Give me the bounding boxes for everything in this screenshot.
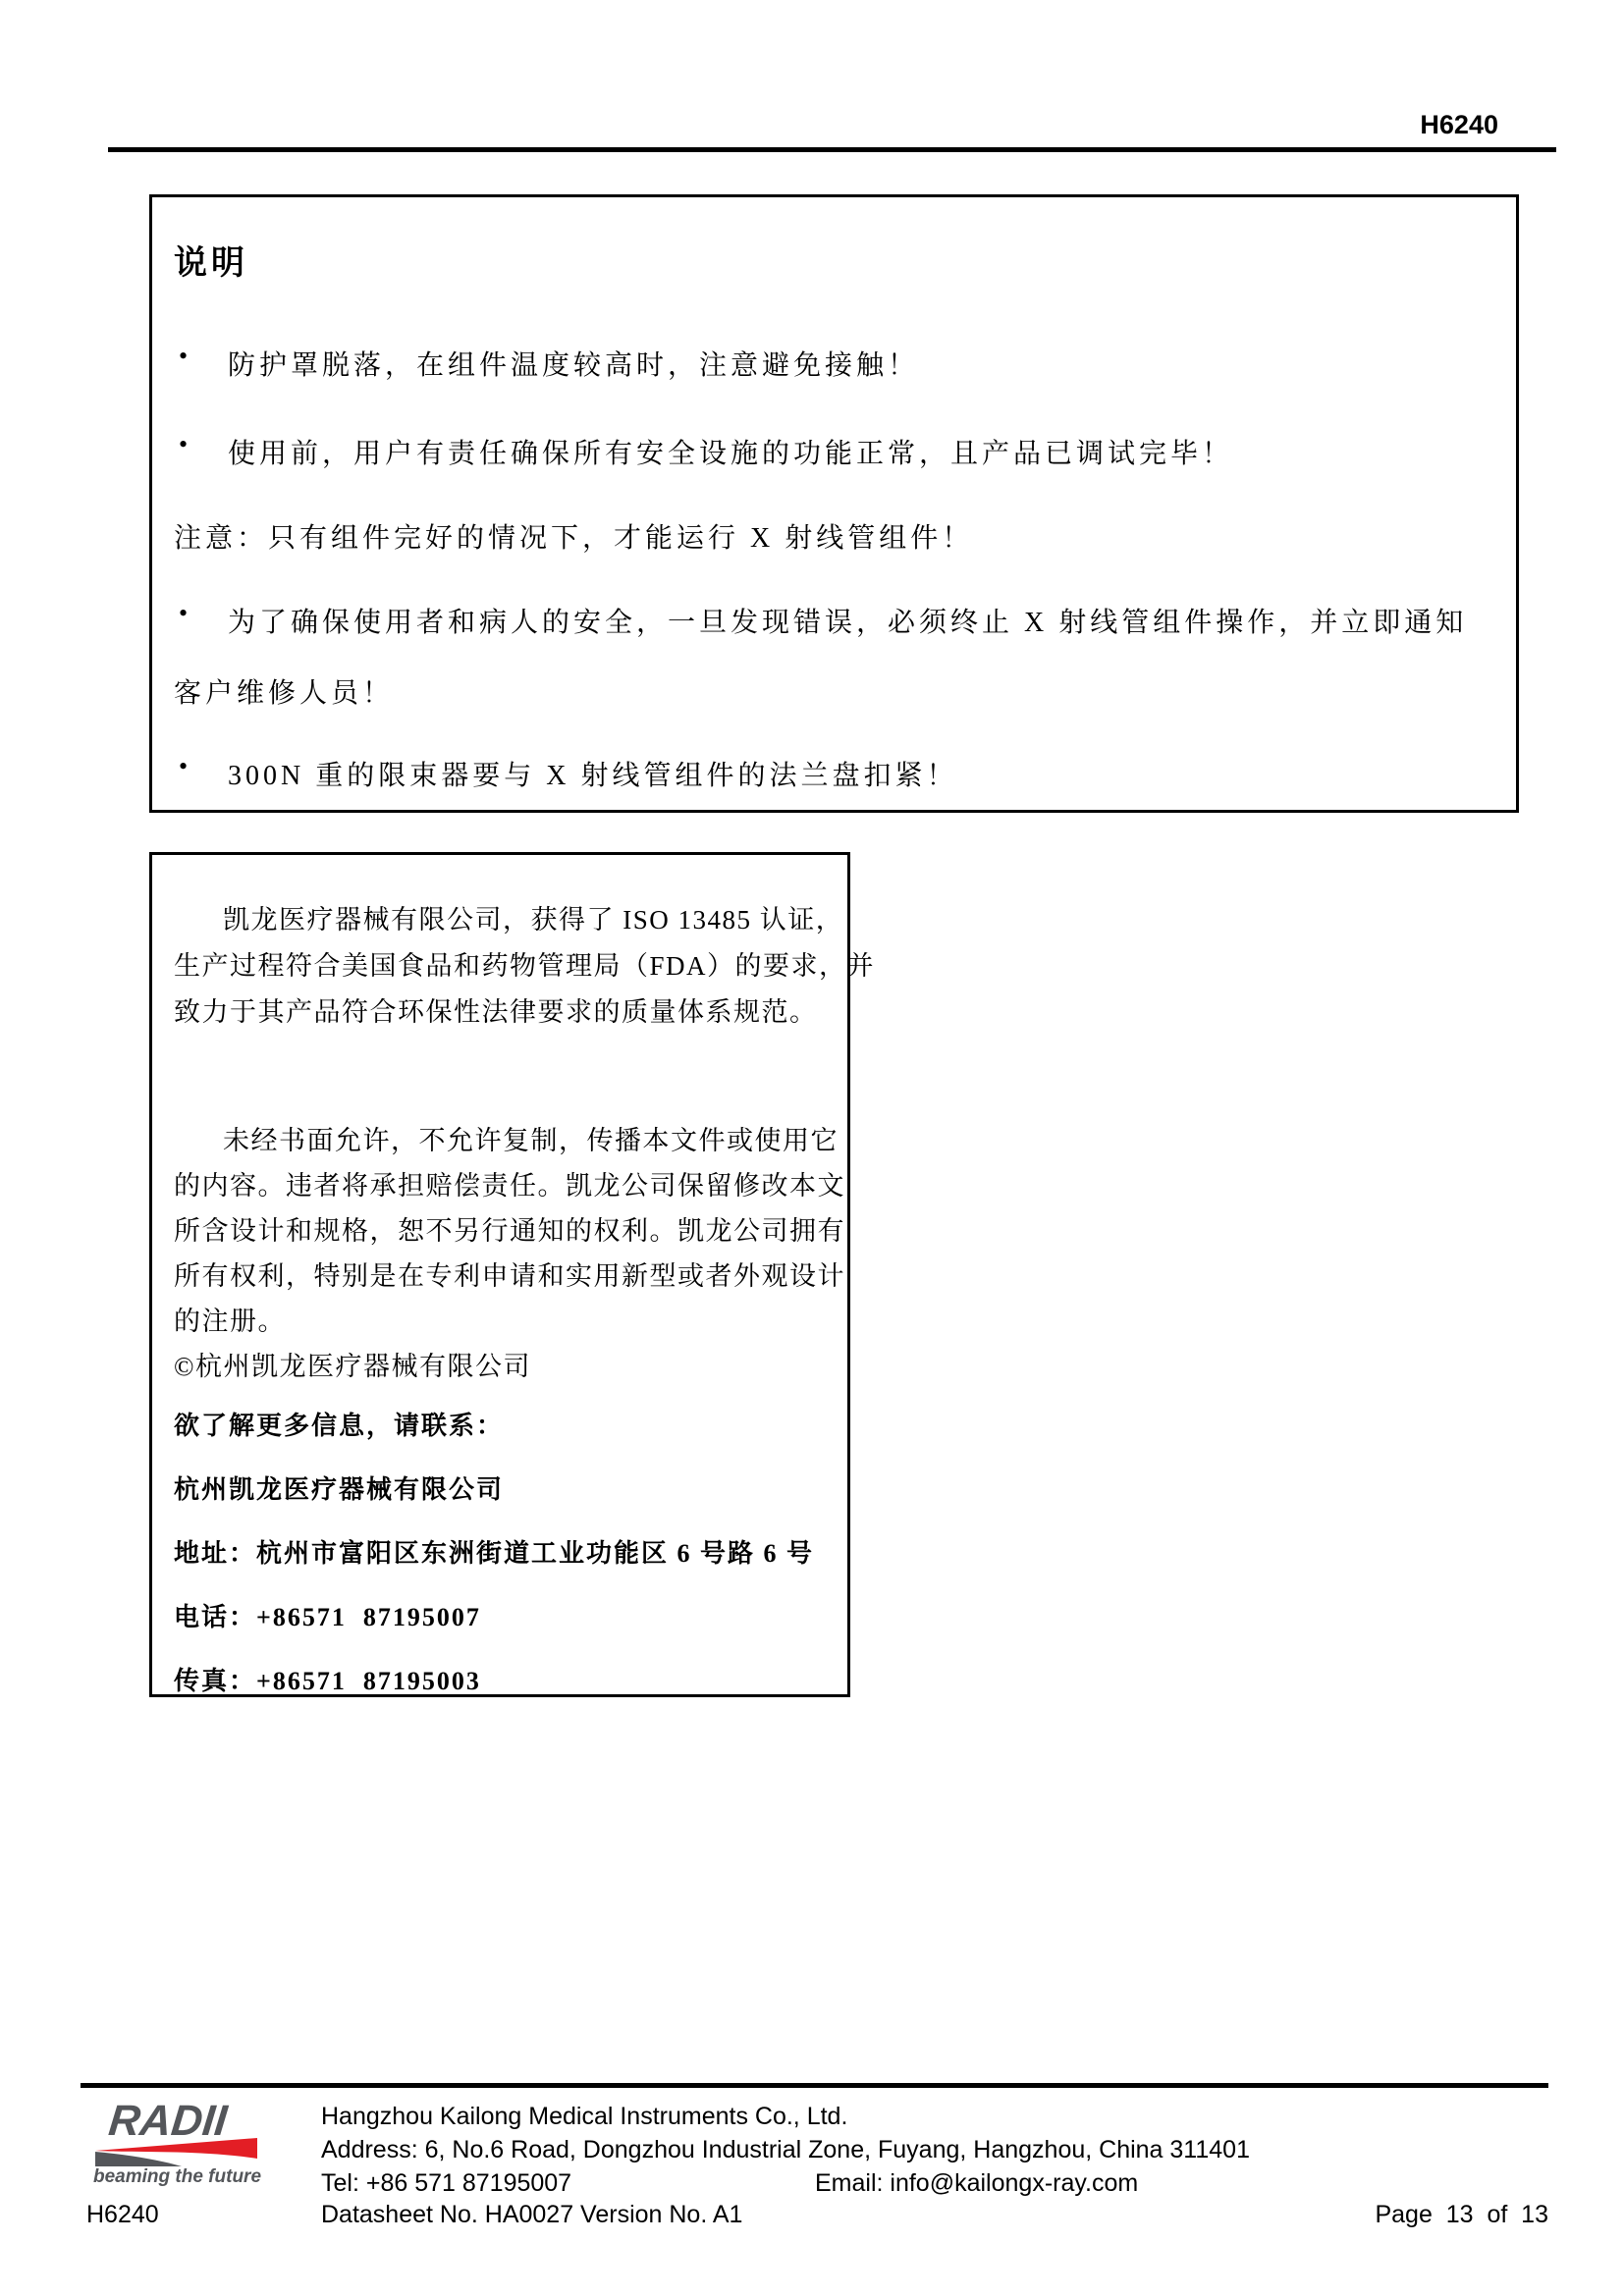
contact-fax: 传真：+86571 87195003 (174, 1661, 481, 1697)
company-para2-line: 所含设计和规格，恕不另行通知的权利。凯龙公司拥有 (174, 1209, 845, 1248)
notice-item: • 防护罩脱落，在组件温度较高时，注意避免接触！ (152, 344, 1507, 383)
bullet-icon: • (179, 752, 188, 781)
footer-address: Address: 6, No.6 Road, Dongzhou Industri… (321, 2136, 1250, 2164)
bullet-icon: • (179, 342, 188, 371)
contact-phone: 电话：+86571 87195007 (174, 1597, 481, 1633)
notice-box: 说明 • 防护罩脱落，在组件温度较高时，注意避免接触！ • 使用前，用户有责任确… (149, 194, 1519, 813)
notice-item: • 使用前，用户有责任确保所有安全设施的功能正常，且产品已调试完毕！ (152, 432, 1507, 471)
contact-company: 杭州凯龙医疗器械有限公司 (174, 1469, 504, 1506)
contact-intro: 欲了解更多信息，请联系： (174, 1406, 504, 1442)
notice-item-text: 为了确保使用者和病人的安全，一旦发现错误，必须终止 X 射线管组件操作，并立即通… (228, 601, 1467, 640)
page-number-label: Page 13 of 13 (1375, 2201, 1548, 2229)
footer-doc-code: H6240 (86, 2201, 159, 2229)
footer-rule (81, 2083, 1548, 2088)
bullet-icon: • (179, 599, 188, 628)
radii-logo: RADII beaming the future (93, 2097, 266, 2195)
footer-email: Email: info@kailongx-ray.com (815, 2169, 1138, 2198)
notice-item-text: 300N 重的限束器要与 X 射线管组件的法兰盘扣紧！ (228, 754, 957, 793)
contact-address: 地址：杭州市富阳区东洲街道工业功能区 6 号路 6 号 (174, 1533, 814, 1570)
footer-datasheet-no: Datasheet No. HA0027 Version No. A1 (321, 2201, 742, 2229)
notice-item-text: 注意：只有组件完好的情况下，才能运行 X 射线管组件！ (174, 516, 973, 556)
company-para1-line: 生产过程符合美国食品和药物管理局（FDA）的要求，并 (174, 944, 875, 983)
company-para2-line: 的注册。 (174, 1300, 286, 1338)
header-rule (108, 147, 1556, 152)
notice-item-text: 客户维修人员！ (174, 671, 394, 711)
company-para2-line: 所有权利，特别是在专利申请和实用新型或者外观设计 (174, 1255, 845, 1293)
company-para2-line: 未经书面允许，不允许复制，传播本文件或使用它 (223, 1119, 839, 1157)
company-para2-line: 的内容。违者将承担赔偿责任。凯龙公司保留修改本文 (174, 1164, 845, 1202)
bullet-icon: • (179, 430, 188, 459)
notice-item: 注意：只有组件完好的情况下，才能运行 X 射线管组件！ (152, 516, 1507, 556)
company-para1-line: 凯龙医疗器械有限公司，获得了 ISO 13485 认证， (223, 898, 843, 936)
notice-item-text: 防护罩脱落，在组件温度较高时，注意避免接触！ (228, 344, 919, 383)
radii-logo-swoosh-icon (95, 2137, 257, 2166)
notice-item: • 300N 重的限束器要与 X 射线管组件的法兰盘扣紧！ (152, 754, 1507, 793)
footer-company-name: Hangzhou Kailong Medical Instruments Co.… (321, 2103, 847, 2131)
notice-item-text: 使用前，用户有责任确保所有安全设施的功能正常，且产品已调试完毕！ (228, 432, 1233, 471)
footer-tel: Tel: +86 571 87195007 (321, 2169, 571, 2198)
header-doc-code: H6240 (1420, 110, 1498, 140)
company-para1-line: 致力于其产品符合环保性法律要求的质量体系规范。 (174, 990, 818, 1029)
company-copyright: ©杭州凯龙医疗器械有限公司 (174, 1345, 531, 1383)
notice-item: 客户维修人员！ (152, 671, 1507, 711)
radii-logo-tagline: beaming the future (93, 2166, 261, 2188)
notice-title: 说明 (174, 236, 248, 284)
company-box: 凯龙医疗器械有限公司，获得了 ISO 13485 认证， 生产过程符合美国食品和… (149, 852, 850, 1697)
notice-item: • 为了确保使用者和病人的安全，一旦发现错误，必须终止 X 射线管组件操作，并立… (152, 601, 1507, 640)
